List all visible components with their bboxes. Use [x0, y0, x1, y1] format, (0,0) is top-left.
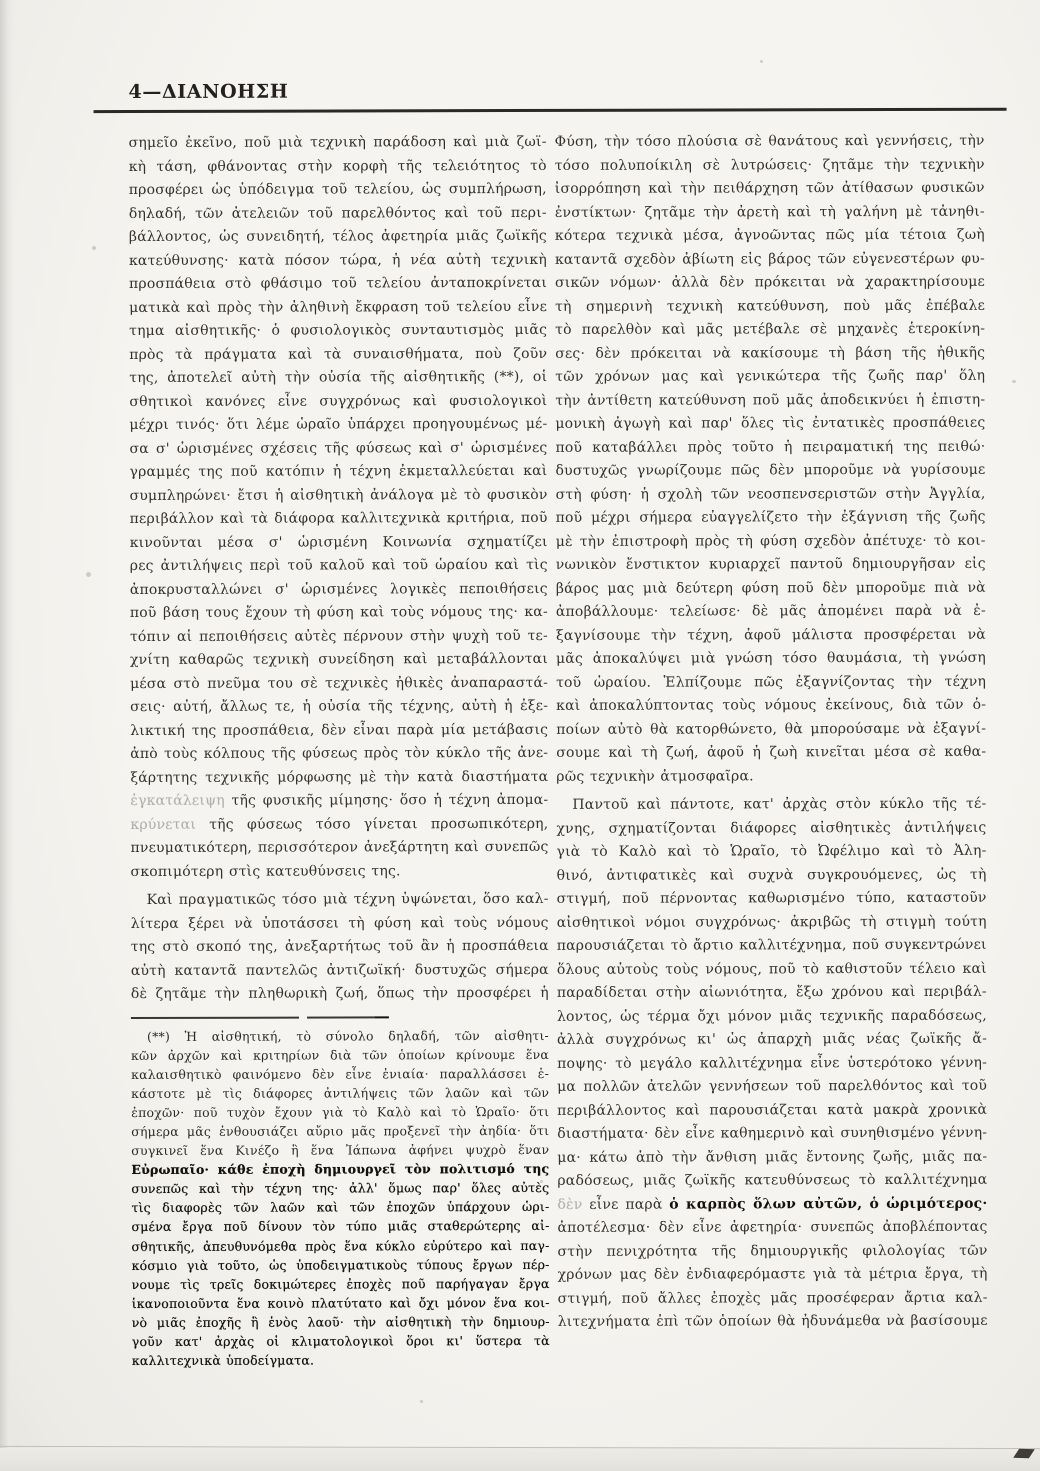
text-line: χρόνων μας δὲν ἐνδιαφερόμαστε γιὰ τὰ μέτ…: [558, 1263, 988, 1288]
page-content: 4—ΔΙΑΝΟΗΣΗ σημεῖο ἐκεῖνο, ποῦ μιὰ τεχνικ…: [0, 0, 1040, 1471]
text-line: βάρος μας μιὰ δεύτερη φύση ποῦ δὲν μπορο…: [556, 576, 986, 601]
text-line: σεις· αὐτή, ἄλλως τε, ἡ οὐσία τῆς τέχνης…: [130, 695, 548, 720]
text-line: σα σ' ὡρισμένες σχέσεις τῆς φύσεως καὶ σ…: [129, 436, 547, 461]
text-line: στιγμή, ποῦ ἄλλες ἐποχὲς μᾶς προσέφεραν …: [558, 1286, 988, 1311]
text-line: ματικὰ καὶ πρὸς τὴν ἀληθινὴ ἔκφραση τοῦ …: [129, 295, 547, 320]
text-line: κινοῦνται μέσα σ' ὡρισμένη Κοινωνία σχημ…: [130, 530, 548, 555]
text-line: περιβάλλον καὶ τὰ διάφορα καλλιτεχνικὰ κ…: [130, 507, 548, 532]
text-line: τῶν χρόνων μας καὶ γενικώτερα τῆς ζωῆς π…: [555, 365, 985, 390]
text-line: περιβάλλοντος καὶ παρουσιάζεται κατὰ μακ…: [557, 1098, 987, 1123]
text-line: σθητικῆς, ἀπευθυνόμεθα πρὸς ἕνα κύκλο εὐ…: [132, 1235, 550, 1255]
paper-speck: [92, 246, 96, 250]
text-line: στὴ φύση· ἡ σχολὴ τῶν νεοσπενσεριστῶν στ…: [556, 482, 986, 507]
text-line: τὴ σημερινὴ τεχνικὴ κατεύθυνση, ποὺ μᾶς …: [555, 294, 985, 319]
text-line: κότερα τεχνικὰ μέσα, ἀγνοῶντας πῶς μία τ…: [555, 224, 985, 249]
text-line: ἐποχῶν· ποῦ τυχὸν ἔχουν γιὰ τὸ Καλὸ καὶ …: [131, 1102, 549, 1122]
text-line: νουμε τὶς τρεῖς δοκιμώτερες ἐποχὲς ποῦ π…: [132, 1274, 550, 1294]
text-line: ἐνστίκτων· ζητᾶμε τὴν ἀρετὴ καὶ τὴ γαλήν…: [555, 200, 985, 225]
right-column: Φύση, τὴν τόσο πλούσια σὲ θανάτους καὶ γ…: [555, 130, 988, 1335]
text-line: Εὐρωπαῖο· κάθε ἐποχὴ δημιουργεῖ τὸν πολι…: [131, 1159, 549, 1179]
paragraph: Φύση, τὴν τόσο πλούσια σὲ θανάτους καὶ γ…: [555, 130, 987, 789]
text-line: ρες ἀντιλήψεις περὶ τοῦ καλοῦ καὶ τοῦ ὡρ…: [130, 554, 548, 579]
paper-speck: [420, 1400, 423, 1403]
text-line: διαστήματα· δὲν εἶνε καθημερινὸ καὶ συνη…: [557, 1122, 987, 1147]
text-line: τόσο πολυποίκιλη σὲ λυτρώσεις· ζητᾶμε τὴ…: [555, 153, 985, 178]
text-line: σες· δὲν πρόκειται νὰ κακίσουμε τὴ βάση …: [555, 341, 985, 366]
text-line: σθητικοὶ κανόνες εἶνε συγχρόνως καὶ φυσι…: [129, 389, 547, 414]
text-line: κόσμιο γιὰ τοῦτο, ὡς ὑποδειγματικοὺς τύπ…: [132, 1255, 550, 1275]
text-line: χνης, σχηματίζονται διάφορες αἰσθητικὲς …: [556, 816, 986, 841]
text-line: τὴν ἀντίθετη κατεύθυνση ποῦ μᾶς ἀποδεικν…: [555, 388, 985, 413]
text-line: κὴ τάση, φθάνοντας στὴν κορφὴ τῆς τελειό…: [129, 154, 547, 179]
text-line: δὲν εἶνε παρὰ ὁ καρπὸς ὅλων αὐτῶν, ὁ ὡρι…: [557, 1192, 987, 1217]
text-line: νὸ μιᾶς ἐποχῆς ἢ ἑνὸς λαοῦ· τὴν αἰσθητικ…: [132, 1312, 550, 1332]
text-line: (**) Ἡ αἰσθητική, τὸ σύνολο δηλαδή, τῶν …: [131, 1025, 549, 1045]
text-line: σμένα ἔργα ποῦ δίνουν τὸν τύπο μιᾶς σταθ…: [131, 1216, 549, 1236]
text-line: γραμμές της ποῦ κατόπιν ἡ τέχνη ἐκμεταλλ…: [129, 460, 547, 485]
text-line: της, ἀποτελεῖ αὐτὴ τὴν οὐσία τῆς αἰσθητι…: [129, 366, 547, 391]
text-line: ἀποκρυσταλλώνει σ' ὡρισμένες λογικὲς πεπ…: [130, 577, 548, 602]
text-line: λικτική της προσπάθεια, δὲν εἶναι παρὰ μ…: [130, 718, 548, 743]
text-line: Καὶ πραγματικῶς τόσο μιὰ τέχνη ὑψώνεται,…: [131, 888, 549, 913]
text-line: συμπληρώνει· ἔτσι ἡ αἰσθητικὴ ἀνάλογα μὲ…: [130, 483, 548, 508]
footnote: (**) Ἡ αἰσθητική, τὸ σύνολο δηλαδή, τῶν …: [131, 1025, 550, 1370]
text-line: βάλλοντος, ὡς συνειδητή, τέλος ἀφετηρία …: [129, 225, 547, 250]
text-line: σουμε καὶ τὴ ζωή, ἀφοῦ ἡ ζωὴ κινεῖται μέ…: [556, 741, 986, 766]
text-line: τὸ παρελθὸν καὶ μᾶς μετέβαλε σὲ μηχανὲς …: [555, 318, 985, 343]
text-line: ποψης· τὸ μεγάλο καλλιτέχνημα εἶνε ὑστερ…: [557, 1051, 987, 1076]
scanned-page: 4—ΔΙΑΝΟΗΣΗ σημεῖο ἐκεῖνο, ποῦ μιὰ τεχνικ…: [0, 0, 1040, 1471]
text-line: ρῶς τεχνικὴν ἀτμοσφαῖρα.: [556, 764, 986, 789]
text-line: Φύση, τὴν τόσο πλούσια σὲ θανάτους καὶ γ…: [555, 130, 985, 155]
text-line: τόπιν αἱ πεποιθήσεις αὐτὲς πέρνουν στὴν …: [130, 624, 548, 649]
text-line: συγκινεῖ ἕνα Κινέζο ἢ ἕνα Ἰάπωνα ἀφήνει …: [131, 1140, 549, 1160]
left-column-text: σημεῖο ἐκεῖνο, ποῦ μιὰ τεχνικὴ παράδοση …: [129, 131, 549, 1007]
text-line: χνίτη καθαρῶς τεχνικὴ συνείδηση καὶ μετα…: [130, 648, 548, 673]
text-line: γιὰ τὸ Καλὸ καὶ τὸ Ὡραῖο, τὸ Ὠφέλιμο καὶ…: [556, 840, 986, 865]
text-line: λίτερα ξέρει νὰ ὑποτάσσει τὴ φύση καὶ το…: [131, 911, 549, 936]
text-line: κάστοτε μὲ τὶς διάφορες ἀντιλήψεις τῶν λ…: [131, 1083, 549, 1103]
text-line: της στὸ σκοπό της, ἀνεξαρτήτως τοῦ ἂν ἡ …: [131, 935, 549, 960]
footnote-separator: [131, 1016, 389, 1019]
text-line: ἀλλὰ συγχρόνως κι' ὡς ἀπαρχὴ μιᾶς νέας ζ…: [557, 1028, 987, 1053]
text-line: μέσα στὸ πνεῦμα του σὲ τεχνικὲς ἠθικὲς ἀ…: [130, 671, 548, 696]
text-line: δὲ ζητᾶμε τὴν πληθωρικὴ ζωή, ὅπως τὴν πρ…: [131, 982, 549, 1007]
left-column: σημεῖο ἐκεῖνο, ποῦ μιὰ τεχνικὴ παράδοση …: [129, 131, 550, 1370]
paragraph: Παντοῦ καὶ πάντοτε, κατ' ἀρχὰς στὸν κύκλ…: [556, 793, 987, 1335]
text-line: συνεπῶς καὶ τὴν τέχνη της· ἀλλ' ὅμως παρ…: [131, 1178, 549, 1198]
text-line: καλλιτεχνικὰ ὑποδείγματα.: [132, 1350, 550, 1370]
text-line: σήμερα μᾶς ἐνθουσιάζει αὔριο μᾶς προξενε…: [131, 1121, 549, 1141]
text-line: κατεύθυνσης· κατὰ πόσον τώρα, ἡ νέα αὐτὴ…: [129, 248, 547, 273]
text-line: λοντος, ὡς τέρμα ὄχι μόνον μιᾶς τεχνικῆς…: [557, 1004, 987, 1029]
text-line: γοῦν κατ' ἀρχὰς οἱ κλιματολογικοὶ ὅροι κ…: [132, 1331, 550, 1351]
text-line: νωνικὸν ἔνστικτον κυριαρχεῖ παντοῦ δημιο…: [556, 553, 986, 578]
text-line: τημα αἰσθητικῆς· ὁ φυσιολογικὸς συνταυτι…: [129, 319, 547, 344]
text-line: ποίων αὐτὸ θὰ κατορθώνετο, θὰ μπορούσαμε…: [556, 717, 986, 742]
paper-speck: [760, 60, 763, 63]
text-line: κρύνεται τῆς φύσεως τόσο γίνεται προσωπι…: [130, 812, 548, 837]
text-line: ἰσορρόπηση καὶ τὴν πειθάρχηση τῶν ἀτίθασ…: [555, 177, 985, 202]
text-line: προσφέρει ὡς ὑπόδειγμα τοῦ τελείου, ὡς σ…: [129, 178, 547, 203]
text-line: λιτεχνήματα ἐπὶ τῶν ὁποίων θὰ ἠδυνάμεθα …: [558, 1310, 988, 1335]
paper-speck: [540, 1180, 543, 1183]
text-line: πνευματικότερη, περισσότερον ἀνεξάρτητη …: [130, 836, 548, 861]
text-line: δυστυχῶς γνωρίζουμε πῶς δὲν μποροῦμε νὰ …: [555, 459, 985, 484]
right-column-text: Φύση, τὴν τόσο πλούσια σὲ θανάτους καὶ γ…: [555, 130, 988, 1335]
paragraph: σημεῖο ἐκεῖνο, ποῦ μιὰ τεχνικὴ παράδοση …: [129, 131, 549, 884]
text-line: πρὸς τὰ πράγματα καὶ τὰ συναισθήματα, πο…: [129, 342, 547, 367]
header-rule: [94, 108, 1007, 113]
scan-edge-bottom: [0, 1448, 1040, 1471]
text-line: τὶς διαφορὲς τῶν λαῶν καὶ τῶν ἐποχῶν ὑπά…: [131, 1197, 549, 1217]
paragraph: Εὐρωπαῖο· κάθε ἐποχὴ δημιουργεῖ τὸν πολι…: [131, 1159, 550, 1370]
paragraph: (**) Ἡ αἰσθητική, τὸ σύνολο δηλαδή, τῶν …: [131, 1025, 549, 1160]
text-line: ἀποτέλεσμα· δὲν εἶνε ἀφετηρία· συνεπῶς ἀ…: [557, 1216, 987, 1241]
text-line: προσπάθεια στὸ φθάσιμο τοῦ τελείου ἀνταπ…: [129, 272, 547, 297]
text-line: ἀπὸ τοὺς κόλπους τῆς φύσεως πρὸς τὸν κύκ…: [130, 742, 548, 767]
text-line: ξαγνίσουμε τὴν τέχνη, ἀφοῦ μάλιστα προσφ…: [556, 623, 986, 648]
text-line: ἀποβάλλουμε· τελείωσε· δὲ μᾶς ἀπομένει π…: [556, 600, 986, 625]
paragraph: Καὶ πραγματικῶς τόσο μιὰ τέχνη ὑψώνεται,…: [131, 888, 549, 1007]
text-line: στὴν πενιχρότητα τῆς δημιουργικῆς φιλολο…: [558, 1239, 988, 1264]
text-line: ξάρτητης τεχνικῆς μόρφωσης μὲ τὴν κατὰ δ…: [130, 765, 548, 790]
text-line: μα πολλῶν ἀτελῶν γεννήσεων τοῦ παρελθόντ…: [557, 1075, 987, 1100]
text-line: ἱκανοποιοῦντα ἕνα κοινὸ πλατύτατο καὶ ὄχ…: [132, 1293, 550, 1313]
text-line: σημεῖο ἐκεῖνο, ποῦ μιὰ τεχνικὴ παράδοση …: [129, 131, 547, 156]
text-line: καλαισθητικὸ φαινόμενο δὲν εἶνε ἑνιαία· …: [131, 1064, 549, 1084]
text-line: μέχρι τινός· ὅτι λέμε ὡραῖο ὑπάρχει προη…: [129, 413, 547, 438]
text-line: αἰσθητικοὶ νόμοι συγχρόνως· ἀκριβῶς τὴ σ…: [557, 910, 987, 935]
text-line: μᾶς ἀποκαλύψει μιὰ γνώση τόσο θαυμάσια, …: [556, 647, 986, 672]
text-line: κῶν ἀρχῶν καὶ κριτηρίων διὰ τῶν ὁποίων κ…: [131, 1045, 549, 1065]
text-line: στιγμή, ποῦ πέρνοντας καθωρισμένο τύπο, …: [557, 887, 987, 912]
text-line: καταντᾶ σχεδὸν ἀβίωτη εἰς βάρος τῶν εὐγε…: [555, 247, 985, 272]
text-line: καὶ ἀποκαλύπτοντας τοὺς νόμους ἐκείνους,…: [556, 694, 986, 719]
paper-speck: [1012, 380, 1016, 383]
text-line: σκοπιμότερη στὶς κατευθύνσεις της.: [131, 859, 549, 884]
text-line: ραδόσεως, μιᾶς ζωϊκῆς κατευθύνσεως τὸ κα…: [557, 1169, 987, 1194]
text-line: παρουσιάζεται τὸ ἄρτιο καλλιτέχνημα, ποῦ…: [557, 934, 987, 959]
text-line: θινό, ἀντιφατικὲς καὶ συχνὰ συγκρουόμενε…: [557, 863, 987, 888]
text-line: σικῶν νόμων· ἀλλὰ δὲν πρόκειται νὰ χαρακ…: [555, 271, 985, 296]
text-line: παραδίδεται στὴν αἰωνιότητα, ἔξω χρόνου …: [557, 981, 987, 1006]
text-line: μὲ τὴν ἐπιστροφὴ πρὸς τὴ φύση σχεδὸν ἀπέ…: [556, 529, 986, 554]
text-line: Παντοῦ καὶ πάντοτε, κατ' ἀρχὰς στὸν κύκλ…: [556, 793, 986, 818]
text-line: ποῦ καταβάλλει πρὸς τοῦτο ἡ πειραματική …: [555, 435, 985, 460]
text-line: ποῦ μέχρι σήμερα εὐαγγελίζετο τὴν ἐξάγνι…: [556, 506, 986, 531]
text-line: αὐτὴ καταντᾶ παντελῶς ἀντιζωϊκή· δυστυχῶ…: [131, 958, 549, 983]
paper-speck: [86, 572, 91, 577]
text-line: ποῦ βάση τους ἔχουν τὴ φύση καὶ τοὺς νόμ…: [130, 601, 548, 626]
text-line: μονικὴ ἀγωγὴ καὶ παρ' ὅλες τὶς ἐντατικὲς…: [555, 412, 985, 437]
text-line: τοῦ ὡραίου. Ἐλπίζουμε πῶς ἐξαγνίζοντας τ…: [556, 670, 986, 695]
text-line: ὅλους αὐτοὺς τοὺς νόμους, ποῦ τὸ καθιστο…: [557, 957, 987, 982]
text-line: μα· κάτω ἀπὸ τὴν ἄνθιση μιᾶς ἔντονης ζωῆ…: [557, 1145, 987, 1170]
text-line: ἐγκατάλειψη τῆς φυσικῆς μίμησης· ὅσο ἡ τ…: [130, 789, 548, 814]
text-line: δηλαδή, τῶν ἀτελειῶν τοῦ παρελθόντος καὶ…: [129, 201, 547, 226]
page-header: 4—ΔΙΑΝΟΗΣΗ: [128, 81, 288, 103]
